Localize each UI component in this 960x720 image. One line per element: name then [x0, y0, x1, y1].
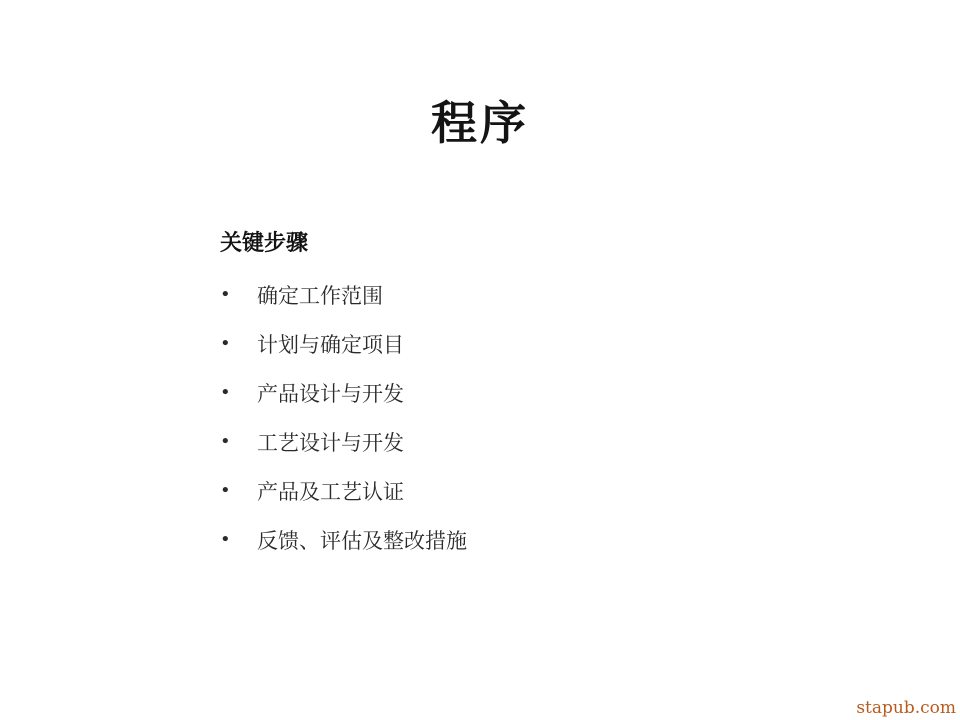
bullet-icon: •: [220, 382, 257, 403]
list-item: • 产品及工艺认证: [220, 466, 780, 515]
list-item: • 工艺设计与开发: [220, 417, 780, 466]
bullet-icon: •: [220, 284, 257, 305]
list-item-text: 确定工作范围: [257, 280, 383, 310]
bullet-icon: •: [220, 529, 257, 550]
section-heading: 关键步骤: [220, 231, 780, 255]
list-item: • 确定工作范围: [220, 270, 780, 319]
list-item: • 计划与确定项目: [220, 319, 780, 368]
list-item-text: 工艺设计与开发: [257, 427, 404, 457]
bullet-icon: •: [220, 431, 257, 452]
slide-canvas: 程序 关键步骤 • 确定工作范围 • 计划与确定项目 • 产品设计与开发 • 工…: [0, 0, 960, 720]
watermark: stapub.com: [856, 698, 956, 718]
bullet-icon: •: [220, 480, 257, 501]
list-item-text: 反馈、评估及整改措施: [257, 525, 467, 555]
key-steps-list: • 确定工作范围 • 计划与确定项目 • 产品设计与开发 • 工艺设计与开发 •…: [220, 270, 780, 564]
bullet-icon: •: [220, 333, 257, 354]
list-item: • 产品设计与开发: [220, 368, 780, 417]
list-item-text: 产品及工艺认证: [257, 476, 404, 506]
list-item-text: 计划与确定项目: [257, 329, 404, 359]
slide-body: 关键步骤 • 确定工作范围 • 计划与确定项目 • 产品设计与开发 • 工艺设计…: [220, 231, 780, 564]
list-item: • 反馈、评估及整改措施: [220, 515, 780, 564]
list-item-text: 产品设计与开发: [257, 378, 404, 408]
slide-title: 程序: [0, 96, 960, 151]
